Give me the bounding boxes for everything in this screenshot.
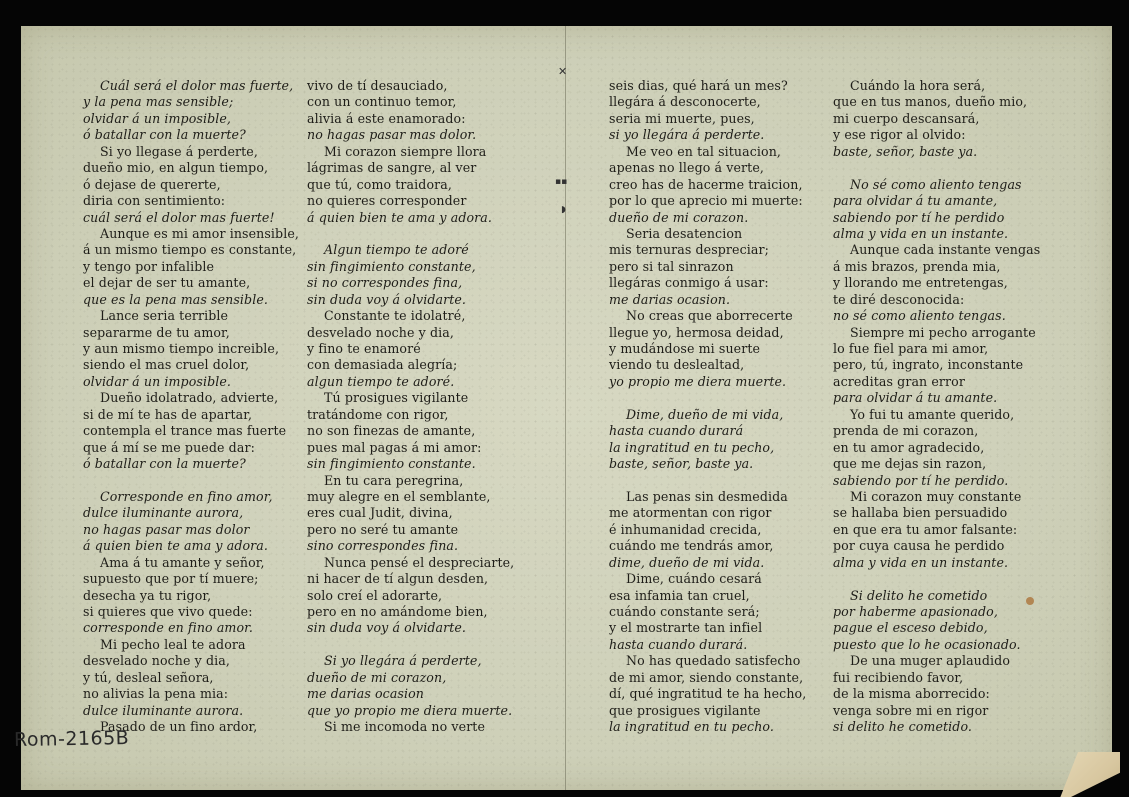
- verse-line: ó batallar con la muerte?: [83, 127, 299, 143]
- verse-line: si de mí te has de apartar,: [83, 407, 299, 423]
- stanza-gap: [83, 473, 299, 489]
- center-fold-line: [565, 26, 566, 790]
- verse-line: Tú prosigues vigilante: [307, 390, 514, 406]
- verse-line: eres cual Judit, divina,: [307, 505, 514, 521]
- verse-line: lo fue fiel para mi amor,: [833, 341, 1040, 357]
- verse-line: á quien bien te ama y adora.: [307, 210, 514, 226]
- verse-line: creo has de hacerme traicion,: [609, 177, 806, 193]
- verse-line: con un continuo temor,: [307, 94, 514, 110]
- verse-line: me darias ocasion.: [609, 292, 806, 308]
- verse-line: é inhumanidad crecida,: [609, 522, 806, 538]
- verse-line: alma y vida en un instante.: [833, 555, 1040, 571]
- verse-line: sino correspondes fina.: [307, 538, 514, 554]
- verse-line: sin duda voy á olvidarte.: [307, 292, 514, 308]
- verse-line: dulce iluminante aurora,: [83, 505, 299, 521]
- verse-line: cuándo constante será;: [609, 604, 806, 620]
- verse-line: de la misma aborrecido:: [833, 686, 1040, 702]
- verse-line: Aunque es mi amor insensible,: [83, 226, 299, 242]
- verse-line: corresponde en fino amor.: [83, 620, 299, 636]
- verse-line: esa infamia tan cruel,: [609, 588, 806, 604]
- verse-line: mis ternuras despreciar;: [609, 242, 806, 258]
- verse-line: sin fingimiento constante,: [307, 259, 514, 275]
- stanza-gap: [833, 571, 1040, 587]
- verse-line: dulce iluminante aurora.: [83, 703, 299, 719]
- verse-line: y fino te enamoré: [307, 341, 514, 357]
- verse-line: seria mi muerte, pues,: [609, 111, 806, 127]
- verse-line: pero, tú, ingrato, inconstante: [833, 357, 1040, 373]
- verse-line: la ingratitud en tu pecho.: [609, 719, 806, 735]
- shelfmark-label: Rom-2165B: [14, 727, 130, 751]
- verse-line: si no correspondes fina,: [307, 275, 514, 291]
- verse-line: si quieres que vivo quede:: [83, 604, 299, 620]
- stanza-gap: [609, 390, 806, 406]
- stanza-gap: [609, 473, 806, 489]
- verse-line: Seria desatencion: [609, 226, 806, 242]
- verse-line: desvelado noche y dia,: [307, 325, 514, 341]
- verse-line: baste, señor, baste ya.: [833, 144, 1040, 160]
- verse-line: á mis brazos, prenda mia,: [833, 259, 1040, 275]
- verse-line: De una muger aplaudido: [833, 653, 1040, 669]
- verse-line: llegára á desconocerte,: [609, 94, 806, 110]
- verse-line: el dejar de ser tu amante,: [83, 275, 299, 291]
- verse-line: separarme de tu amor,: [83, 325, 299, 341]
- verse-line: si yo llegára á perderte.: [609, 127, 806, 143]
- verse-line: algun tiempo te adoré.: [307, 374, 514, 390]
- verse-line: sin fingimiento constante.: [307, 456, 514, 472]
- text-column-2: vivo de tí desauciado,con un continuo te…: [307, 78, 514, 736]
- text-column-4: Cuándo la hora será,que en tus manos, du…: [833, 78, 1040, 736]
- verse-line: puesto que lo he ocasionado.: [833, 637, 1040, 653]
- verse-line: Constante te idolatré,: [307, 308, 514, 324]
- verse-line: Yo fui tu amante querido,: [833, 407, 1040, 423]
- verse-line: dueño de mi corazon.: [609, 210, 806, 226]
- verse-line: llegue yo, hermosa deidad,: [609, 325, 806, 341]
- verse-line: la ingratitud en tu pecho,: [609, 440, 806, 456]
- verse-line: cuál será el dolor mas fuerte!: [83, 210, 299, 226]
- verse-line: por cuya causa he perdido: [833, 538, 1040, 554]
- verse-line: No sé como aliento tengas: [833, 177, 1040, 193]
- verse-line: dueño mio, en algun tiempo,: [83, 160, 299, 176]
- verse-line: por haberme apasionado,: [833, 604, 1040, 620]
- verse-line: Si yo llegase á perderte,: [83, 144, 299, 160]
- verse-line: no alivias la pena mia:: [83, 686, 299, 702]
- verse-line: desecha ya tu rigor,: [83, 588, 299, 604]
- verse-line: que á mí se me puede dar:: [83, 440, 299, 456]
- verse-line: vivo de tí desauciado,: [307, 78, 514, 94]
- verse-line: hasta cuando durará.: [609, 637, 806, 653]
- verse-line: alma y vida en un instante.: [833, 226, 1040, 242]
- stanza-gap: [307, 637, 514, 653]
- verse-line: á un mismo tiempo es constante,: [83, 242, 299, 258]
- verse-line: Me veo en tal situacion,: [609, 144, 806, 160]
- binding-mark-icon: ▪▪: [555, 178, 567, 187]
- verse-line: Mi pecho leal te adora: [83, 637, 299, 653]
- verse-line: cuándo me tendrás amor,: [609, 538, 806, 554]
- verse-line: en que era tu amor falsante:: [833, 522, 1040, 538]
- verse-line: para olvidar á tu amante,: [833, 193, 1040, 209]
- verse-line: sabiendo por tí he perdido.: [833, 473, 1040, 489]
- verse-line: no quieres corresponder: [307, 193, 514, 209]
- verse-line: sabiendo por tí he perdido: [833, 210, 1040, 226]
- verse-line: para olvidar á tu amante.: [833, 390, 1040, 406]
- verse-line: Lance seria terrible: [83, 308, 299, 324]
- verse-line: Cuándo la hora será,: [833, 78, 1040, 94]
- verse-line: Cuál será el dolor mas fuerte,: [83, 78, 299, 94]
- verse-line: dueño de mi corazon,: [307, 670, 514, 686]
- verse-line: y aun mismo tiempo increible,: [83, 341, 299, 357]
- verse-line: Algun tiempo te adoré: [307, 242, 514, 258]
- verse-line: Si me incomoda no verte: [307, 719, 514, 735]
- binding-mark-icon: ✕: [558, 66, 567, 77]
- verse-line: lágrimas de sangre, al ver: [307, 160, 514, 176]
- verse-line: prenda de mi corazon,: [833, 423, 1040, 439]
- verse-line: que es la pena mas sensible.: [83, 292, 299, 308]
- verse-line: hasta cuando durará: [609, 423, 806, 439]
- verse-line: Si delito he cometido: [833, 588, 1040, 604]
- verse-line: si delito he cometido.: [833, 719, 1040, 735]
- verse-line: Las penas sin desmedida: [609, 489, 806, 505]
- verse-line: y el mostrarte tan infiel: [609, 620, 806, 636]
- verse-line: no son finezas de amante,: [307, 423, 514, 439]
- verse-line: supuesto que por tí muere;: [83, 571, 299, 587]
- verse-line: baste, señor, baste ya.: [609, 456, 806, 472]
- verse-line: acreditas gran error: [833, 374, 1040, 390]
- verse-line: y llorando me entretengas,: [833, 275, 1040, 291]
- verse-line: sin duda voy á olvidarte.: [307, 620, 514, 636]
- verse-line: seis dias, qué hará un mes?: [609, 78, 806, 94]
- verse-line: que yo propio me diera muerte.: [307, 703, 514, 719]
- verse-line: no hagas pasar mas dolor.: [307, 127, 514, 143]
- verse-line: En tu cara peregrina,: [307, 473, 514, 489]
- verse-line: Dueño idolatrado, advierte,: [83, 390, 299, 406]
- verse-line: siendo el mas cruel dolor,: [83, 357, 299, 373]
- verse-line: pues mal pagas á mi amor:: [307, 440, 514, 456]
- verse-line: No has quedado satisfecho: [609, 653, 806, 669]
- verse-line: olvidar á un imposible.: [83, 374, 299, 390]
- verse-line: que en tus manos, dueño mio,: [833, 94, 1040, 110]
- verse-line: diria con sentimiento:: [83, 193, 299, 209]
- stanza-gap: [833, 160, 1040, 176]
- verse-line: de mi amor, siendo constante,: [609, 670, 806, 686]
- stanza-gap: [307, 226, 514, 242]
- document-sheet: ✕ ▪▪ ◗ Cuál será el dolor mas fuerte,y l…: [21, 26, 1112, 790]
- verse-line: me darias ocasion: [307, 686, 514, 702]
- verse-line: y ese rigor al olvido:: [833, 127, 1040, 143]
- verse-line: viendo tu deslealtad,: [609, 357, 806, 373]
- verse-line: y tengo por infalible: [83, 259, 299, 275]
- verse-line: me atormentan con rigor: [609, 505, 806, 521]
- verse-line: Nunca pensé el despreciarte,: [307, 555, 514, 571]
- verse-line: y la pena mas sensible;: [83, 94, 299, 110]
- verse-line: desvelado noche y dia,: [83, 653, 299, 669]
- verse-line: muy alegre en el semblante,: [307, 489, 514, 505]
- verse-line: venga sobre mi en rigor: [833, 703, 1040, 719]
- verse-line: dí, qué ingratitud te ha hecho,: [609, 686, 806, 702]
- verse-line: yo propio me diera muerte.: [609, 374, 806, 390]
- verse-line: que tú, como traidora,: [307, 177, 514, 193]
- text-column-1: Cuál será el dolor mas fuerte,y la pena …: [83, 78, 299, 736]
- verse-line: llegáras conmigo á usar:: [609, 275, 806, 291]
- verse-line: Siempre mi pecho arrogante: [833, 325, 1040, 341]
- verse-line: pero en no amándome bien,: [307, 604, 514, 620]
- verse-line: fui recibiendo favor,: [833, 670, 1040, 686]
- verse-line: no hagas pasar mas dolor: [83, 522, 299, 538]
- verse-line: pero si tal sinrazon: [609, 259, 806, 275]
- verse-line: con demasiada alegría;: [307, 357, 514, 373]
- verse-line: ni hacer de tí algun desden,: [307, 571, 514, 587]
- verse-line: alivia á este enamorado:: [307, 111, 514, 127]
- verse-line: que prosigues vigilante: [609, 703, 806, 719]
- verse-line: Dime, dueño de mi vida,: [609, 407, 806, 423]
- verse-line: á quien bien te ama y adora.: [83, 538, 299, 554]
- verse-line: contempla el trance mas fuerte: [83, 423, 299, 439]
- verse-line: y mudándose mi suerte: [609, 341, 806, 357]
- binding-mark-icon: ◗: [561, 206, 566, 215]
- verse-line: pague el esceso debido,: [833, 620, 1040, 636]
- verse-line: Ama á tu amante y señor,: [83, 555, 299, 571]
- verse-line: olvidar á un imposible,: [83, 111, 299, 127]
- verse-line: te diré desconocida:: [833, 292, 1040, 308]
- verse-line: apenas no llego á verte,: [609, 160, 806, 176]
- verse-line: Corresponde en fino amor,: [83, 489, 299, 505]
- verse-line: Dime, cuándo cesará: [609, 571, 806, 587]
- verse-line: ó batallar con la muerte?: [83, 456, 299, 472]
- verse-line: por lo que aprecio mi muerte:: [609, 193, 806, 209]
- verse-line: Si yo llegára á perderte,: [307, 653, 514, 669]
- text-column-3: seis dias, qué hará un mes?llegára á des…: [609, 78, 806, 736]
- verse-line: mi cuerpo descansará,: [833, 111, 1040, 127]
- verse-line: Mi corazon siempre llora: [307, 144, 514, 160]
- verse-line: dime, dueño de mi vida.: [609, 555, 806, 571]
- verse-line: se hallaba bien persuadido: [833, 505, 1040, 521]
- verse-line: que me dejas sin razon,: [833, 456, 1040, 472]
- verse-line: pero no seré tu amante: [307, 522, 514, 538]
- verse-line: tratándome con rigor,: [307, 407, 514, 423]
- verse-line: Aunque cada instante vengas: [833, 242, 1040, 258]
- verse-line: solo creí el adorarte,: [307, 588, 514, 604]
- verse-line: Mi corazon muy constante: [833, 489, 1040, 505]
- verse-line: no sé como aliento tengas.: [833, 308, 1040, 324]
- verse-line: en tu amor agradecido,: [833, 440, 1040, 456]
- verse-line: ó dejase de quererte,: [83, 177, 299, 193]
- verse-line: No creas que aborrecerte: [609, 308, 806, 324]
- verse-line: y tú, desleal señora,: [83, 670, 299, 686]
